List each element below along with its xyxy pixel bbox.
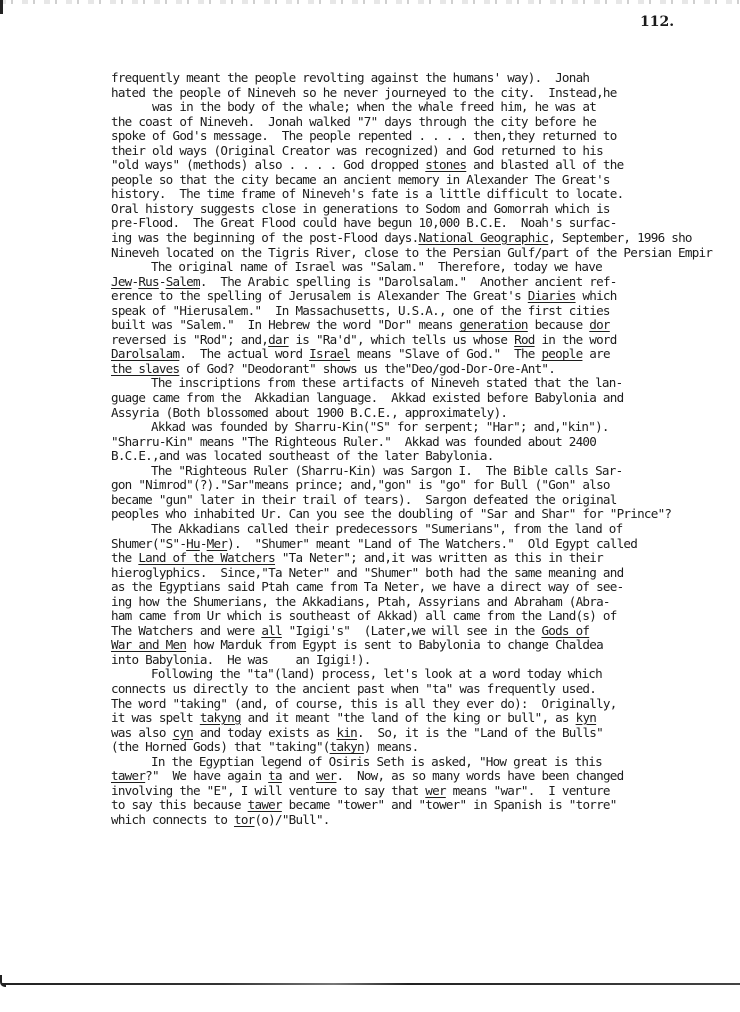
underlined-term: dor: [589, 317, 610, 332]
text-run: people so that the city became an ancien…: [111, 172, 610, 187]
page-border-corner: [0, 975, 6, 987]
text-run: . So, it is the "Land of the Bulls": [357, 725, 603, 740]
text-line: was in the body of the whale; when the w…: [111, 100, 740, 115]
underlined-term: stones: [425, 157, 466, 172]
text-run: ing how the Shumerians, the Akkadians, P…: [111, 594, 610, 609]
text-line: the coast of Nineveh. Jonah walked "7" d…: [111, 115, 740, 130]
text-run: speak of "Hierusalem." In Massachusetts,…: [111, 303, 610, 318]
text-run: ing was the beginning of the post-Flood …: [111, 230, 418, 245]
text-run: "Sharru-Kin" means "The Righteous Ruler.…: [111, 434, 596, 449]
underlined-term: takyng: [200, 710, 241, 725]
text-line: became "gun" later in their trail of tea…: [111, 493, 740, 508]
text-line: the Land of the Watchers "Ta Neter"; and…: [111, 551, 740, 566]
text-line: Darolsalam. The actual word Israel means…: [111, 347, 740, 362]
text-run: the coast of Nineveh. Jonah walked "7" d…: [111, 114, 596, 129]
text-run: (o)/"Bull".: [254, 812, 329, 827]
underlined-term: Hu: [186, 536, 200, 551]
text-run: In the Egyptian legend of Osiris Seth is…: [151, 754, 602, 769]
text-run: Assyria (Both blossomed about 1900 B.C.E…: [111, 405, 507, 420]
text-run: it was spelt: [111, 710, 200, 725]
text-line: The Watchers and were all "Igigi's" (Lat…: [111, 624, 740, 639]
text-run: and today exists as: [193, 725, 336, 740]
text-line: ing was the beginning of the post-Flood …: [111, 231, 740, 246]
text-run: to say this because: [111, 797, 248, 812]
text-run: ). "Shumer" meant "Land of The Watchers.…: [227, 536, 637, 551]
underlined-term: Land of the Watchers: [138, 550, 275, 565]
text-run: pre-Flood. The Great Flood could have be…: [111, 215, 617, 230]
text-run: which: [576, 288, 617, 303]
text-run: was in the body of the whale; when the w…: [111, 99, 596, 114]
text-line: ing how the Shumerians, the Akkadians, P…: [111, 595, 740, 610]
text-run: . The actual word: [179, 346, 309, 361]
text-run: . Now, as so many words have been change…: [337, 768, 624, 783]
underlined-term: all: [261, 623, 282, 638]
underlined-term: tor: [234, 812, 255, 827]
text-line: as the Egyptians said Ptah came from Ta …: [111, 580, 740, 595]
text-line: it was spelt takyng and it meant "the la…: [111, 711, 740, 726]
text-line: hated the people of Nineveh so he never …: [111, 86, 740, 101]
text-run: The Akkadians called their predecessors …: [151, 521, 622, 536]
text-run: guage came from the Akkadian language. A…: [111, 390, 623, 405]
text-line: The inscriptions from these artifacts of…: [111, 376, 740, 391]
text-line: "Sharru-Kin" means "The Righteous Ruler.…: [111, 435, 740, 450]
text-run: "Igigi's" (Later,we will see in the: [282, 623, 542, 638]
page-bottom-rule: [2, 983, 740, 985]
text-run: how Marduk from Egypt is sent to Babylon…: [186, 637, 603, 652]
text-run: "old ways" (methods) also . . . . God dr…: [111, 157, 425, 172]
text-run: hated the people of Nineveh so he never …: [111, 85, 617, 100]
text-run: , September, 1996 sho: [548, 230, 691, 245]
text-line: people so that the city became an ancien…: [111, 173, 740, 188]
text-line: was also cyn and today exists as kin. So…: [111, 726, 740, 741]
text-line: ham came from Ur which is southeast of A…: [111, 609, 740, 624]
underlined-term: Gods of: [541, 623, 589, 638]
underlined-term: Diaries: [528, 288, 576, 303]
text-run: means "war". I venture: [446, 783, 610, 798]
underlined-term: cyn: [173, 725, 194, 740]
underlined-term: the slaves: [111, 361, 179, 376]
text-run: The inscriptions from these artifacts of…: [151, 375, 622, 390]
text-run: history. The time frame of Nineveh's fat…: [111, 186, 623, 201]
text-line: frequently meant the people revolting ag…: [111, 71, 740, 86]
text-line: "old ways" (methods) also . . . . God dr…: [111, 158, 740, 173]
text-line: Oral history suggests close in generatio…: [111, 202, 740, 217]
text-run: peoples who inhabited Ur. Can you see th…: [111, 506, 671, 521]
document-body-text: frequently meant the people revolting ag…: [111, 71, 740, 827]
text-run: The original name of Israel was "Salam."…: [151, 259, 602, 274]
text-line: involving the "E", I will venture to say…: [111, 784, 740, 799]
underlined-term: takyn: [330, 739, 364, 754]
text-line: peoples who inhabited Ur. Can you see th…: [111, 507, 740, 522]
text-run: and: [282, 768, 316, 783]
underlined-term: Salem: [166, 274, 200, 289]
underlined-term: tawer: [111, 768, 145, 783]
underlined-term: ta: [268, 768, 282, 783]
text-run: -: [159, 274, 166, 289]
underlined-term: War and Men: [111, 637, 186, 652]
text-line: the slaves of God? "Deodorant" shows us …: [111, 362, 740, 377]
text-run: of God? "Deodorant" shows us the"Deo/god…: [179, 361, 555, 376]
text-run: ?" We have again: [145, 768, 268, 783]
text-run: their old ways (Original Creator was rec…: [111, 143, 603, 158]
text-run: is "Ra'd", which tells us whose: [289, 332, 514, 347]
text-run: because: [528, 317, 590, 332]
text-line: hieroglyphics. Since,"Ta Neter" and "Shu…: [111, 566, 740, 581]
text-line: tawer?" We have again ta and wer. Now, a…: [111, 769, 740, 784]
text-run: the: [111, 550, 138, 565]
text-line: gon "Nimrod"(?)."Sar"means prince; and,"…: [111, 478, 740, 493]
text-line: Following the "ta"(land) process, let's …: [111, 667, 740, 682]
underlined-term: wer: [425, 783, 446, 798]
text-run: . The Arabic spelling is "Darolsalam." A…: [200, 274, 617, 289]
text-run: involving the "E", I will venture to say…: [111, 783, 425, 798]
underlined-term: kin: [336, 725, 357, 740]
text-line: built was "Salem." In Hebrew the word "D…: [111, 318, 740, 333]
text-line: guage came from the Akkadian language. A…: [111, 391, 740, 406]
text-line: Shumer("S"-Hu-Mer). "Shumer" meant "Land…: [111, 537, 740, 552]
text-line: War and Men how Marduk from Egypt is sen…: [111, 638, 740, 653]
text-run: -: [200, 536, 207, 551]
text-run: connects us directly to the ancient past…: [111, 681, 596, 696]
underlined-term: Mer: [207, 536, 228, 551]
underlined-term: Rus: [138, 274, 159, 289]
text-line: Akkad was founded by Sharru-Kin("S" for …: [111, 420, 740, 435]
text-run: became "gun" later in their trail of tea…: [111, 492, 617, 507]
text-run: frequently meant the people revolting ag…: [111, 70, 589, 85]
text-run: are: [582, 346, 609, 361]
text-run: Nineveh located on the Tigris River, clo…: [111, 245, 712, 260]
underlined-term: people: [541, 346, 582, 361]
underlined-term: Rod: [514, 332, 535, 347]
text-run: and it meant "the land of the king or bu…: [241, 710, 576, 725]
text-run: Akkad was founded by Sharru-Kin("S" for …: [151, 419, 609, 434]
underlined-term: Darolsalam: [111, 346, 179, 361]
underlined-term: wer: [316, 768, 337, 783]
underlined-term: generation: [459, 317, 527, 332]
underlined-term: Israel: [309, 346, 350, 361]
text-line: pre-Flood. The Great Flood could have be…: [111, 216, 740, 231]
text-run: erence to the spelling of Jerusalem is A…: [111, 288, 528, 303]
text-run: The Watchers and were: [111, 623, 261, 638]
text-run: B.C.E.,and was located southeast of the …: [111, 448, 494, 463]
text-run: means "Slave of God." The: [350, 346, 541, 361]
text-line: to say this because tawer became "tower"…: [111, 798, 740, 813]
text-line: history. The time frame of Nineveh's fat…: [111, 187, 740, 202]
text-line: In the Egyptian legend of Osiris Seth is…: [111, 755, 740, 770]
text-run: The "Righteous Ruler (Sharru-Kin) was Sa…: [151, 463, 622, 478]
text-line: into Babylonia. He was an Igigi!).: [111, 653, 740, 668]
text-line: erence to the spelling of Jerusalem is A…: [111, 289, 740, 304]
page-number: 112.: [640, 14, 674, 30]
text-run: Following the "ta"(land) process, let's …: [151, 666, 602, 681]
text-line: their old ways (Original Creator was rec…: [111, 144, 740, 159]
underlined-term: dar: [268, 332, 289, 347]
text-run: and blasted all of the: [466, 157, 623, 172]
text-line: B.C.E.,and was located southeast of the …: [111, 449, 740, 464]
text-run: ham came from Ur which is southeast of A…: [111, 608, 617, 623]
text-line: reversed is "Rod"; and,dar is "Ra'd", wh…: [111, 333, 740, 348]
text-line: The original name of Israel was "Salam."…: [111, 260, 740, 275]
text-run: as the Egyptians said Ptah came from Ta …: [111, 579, 623, 594]
text-line: The "Righteous Ruler (Sharru-Kin) was Sa…: [111, 464, 740, 479]
underlined-term: kyn: [576, 710, 597, 725]
text-run: hieroglyphics. Since,"Ta Neter" and "Shu…: [111, 565, 623, 580]
underlined-term: tawer: [248, 797, 282, 812]
text-line: speak of "Hierusalem." In Massachusetts,…: [111, 304, 740, 319]
text-run: Oral history suggests close in generatio…: [111, 201, 610, 216]
text-run: (the Horned Gods) that "taking"(: [111, 739, 330, 754]
text-line: Assyria (Both blossomed about 1900 B.C.E…: [111, 406, 740, 421]
text-line: (the Horned Gods) that "taking"(takyn) m…: [111, 740, 740, 755]
text-run: Shumer("S"-: [111, 536, 186, 551]
text-run: built was "Salem." In Hebrew the word "D…: [111, 317, 459, 332]
text-run: into Babylonia. He was an Igigi!).: [111, 652, 371, 667]
text-run: The word "taking" (and, of course, this …: [111, 696, 617, 711]
text-line: spoke of God's message. The people repen…: [111, 129, 740, 144]
scan-left-mark: [0, 0, 3, 14]
text-run: spoke of God's message. The people repen…: [111, 128, 617, 143]
scan-top-edge: [0, 0, 740, 4]
text-run: was also: [111, 725, 173, 740]
text-run: which connects to: [111, 812, 234, 827]
text-line: which connects to tor(o)/"Bull".: [111, 813, 740, 828]
text-run: reversed is "Rod"; and,: [111, 332, 268, 347]
text-line: Nineveh located on the Tigris River, clo…: [111, 246, 740, 261]
text-run: became "tower" and "tower" in Spanish is…: [282, 797, 617, 812]
text-run: "Ta Neter"; and,it was written as this i…: [275, 550, 603, 565]
text-run: gon "Nimrod"(?)."Sar"means prince; and,"…: [111, 477, 610, 492]
underlined-term: Jew: [111, 274, 132, 289]
text-run: ) means.: [364, 739, 419, 754]
text-line: The Akkadians called their predecessors …: [111, 522, 740, 537]
text-line: Jew-Rus-Salem. The Arabic spelling is "D…: [111, 275, 740, 290]
text-line: connects us directly to the ancient past…: [111, 682, 740, 697]
text-line: The word "taking" (and, of course, this …: [111, 697, 740, 712]
text-run: in the word: [535, 332, 617, 347]
underlined-term: National Geographic: [418, 230, 548, 245]
